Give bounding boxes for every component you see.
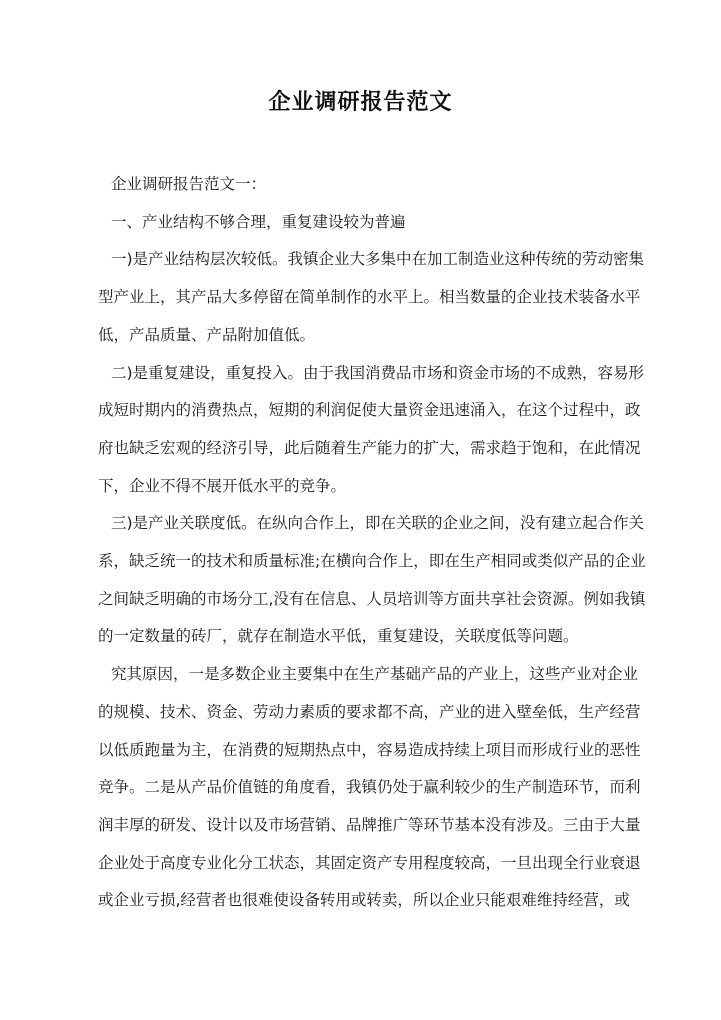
paragraph: 三)是产业关联度低。在纵向合作上，即在关联的企业之间，没有建立起合作关系，缺乏统…	[98, 505, 653, 656]
paragraph: 二)是重复建设，重复投入。由于我国消费品市场和资金市场的不成熟，容易形成短时期内…	[98, 355, 653, 506]
document-title: 企业调研报告范文	[0, 0, 721, 115]
paragraph: 究其原因，一是多数企业主要集中在生产基础产品的产业上，这些产业对企业的规模、技术…	[98, 656, 653, 920]
paragraph: 一、产业结构不够合理，重复建设较为普遍	[98, 204, 653, 242]
paragraph: 企业调研报告范文一：	[98, 166, 653, 204]
document-body: 企业调研报告范文一：一、产业结构不够合理，重复建设较为普遍一)是产业结构层次较低…	[98, 166, 653, 920]
paragraph: 一)是产业结构层次较低。我镇企业大多集中在加工制造业这种传统的劳动密集型产业上，…	[98, 241, 653, 354]
document-page: 企业调研报告范文 企业调研报告范文一：一、产业结构不够合理，重复建设较为普遍一)…	[0, 0, 721, 1020]
